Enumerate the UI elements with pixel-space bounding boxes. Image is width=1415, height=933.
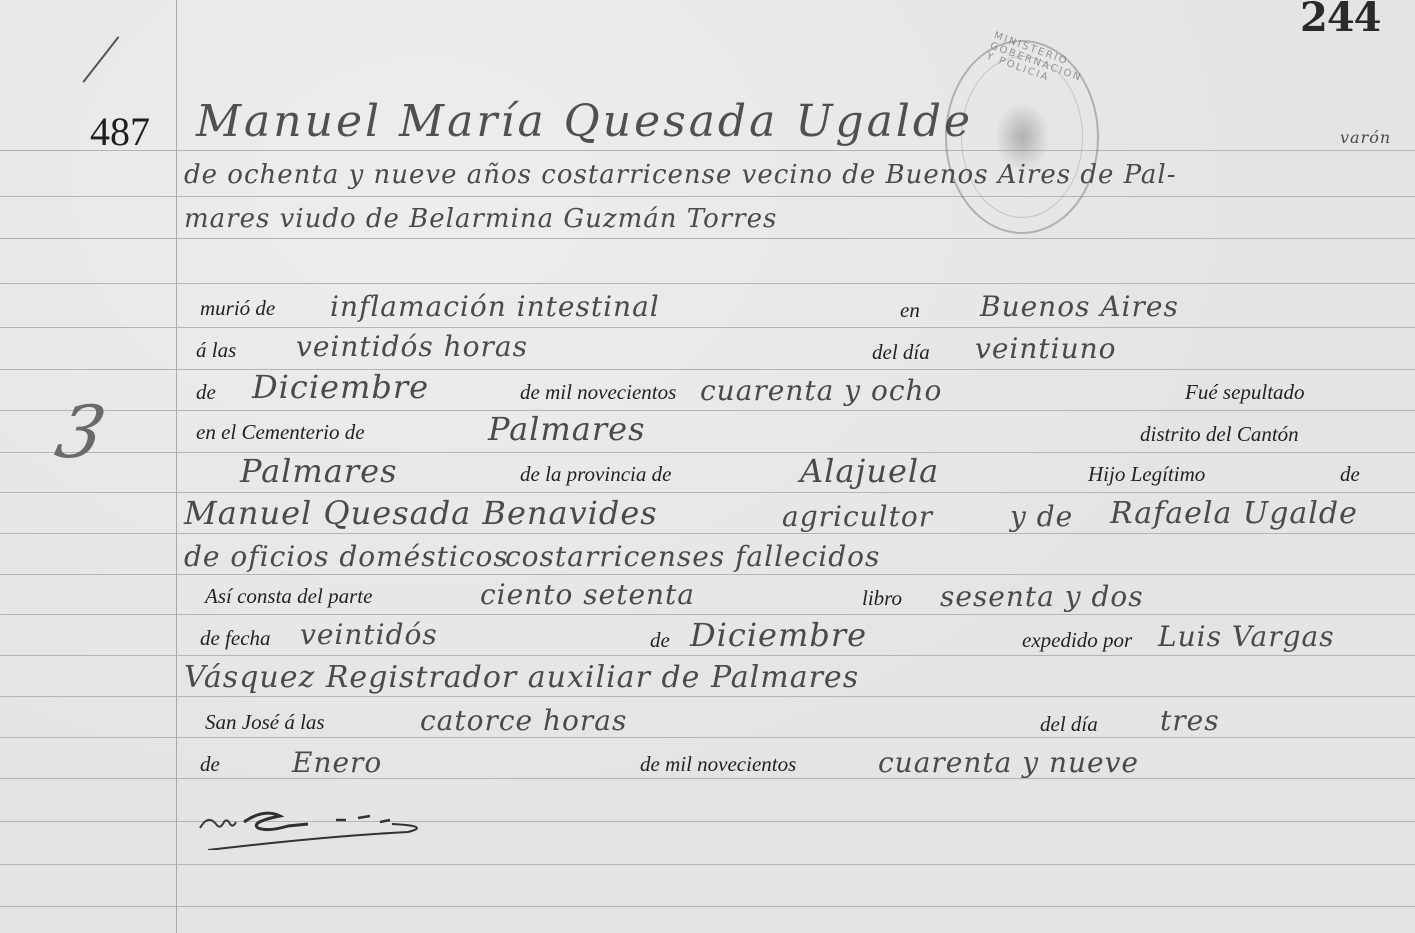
ruled-line — [0, 452, 1415, 453]
death-day: veintiuno — [975, 332, 1117, 365]
mother-occupation: de oficios domésticos — [184, 540, 509, 573]
label-de-fecha-month: de — [650, 628, 670, 653]
registration-hour: catorce horas — [420, 704, 627, 737]
libro-number: sesenta y dos — [940, 580, 1144, 613]
ruled-line — [0, 369, 1415, 370]
label-de-month: de — [196, 380, 216, 405]
mother-name: Rafaela Ugalde — [1110, 496, 1358, 531]
label-a-las: á las — [196, 338, 236, 363]
deceased-name: Manuel María Quesada Ugalde — [196, 96, 973, 147]
margin-annotation: 3 — [49, 390, 113, 474]
cemetery-name: Palmares — [488, 410, 645, 448]
father-name: Manuel Quesada Benavides — [184, 494, 658, 532]
ruled-line — [0, 655, 1415, 656]
label-murio: murió de — [200, 296, 275, 321]
death-year: cuarenta y ocho — [700, 374, 942, 407]
province-name: Alajuela — [800, 452, 939, 490]
parents-conjunction: y de — [1010, 500, 1073, 533]
canton-name: Palmares — [240, 452, 397, 490]
label-del-dia: del día — [872, 340, 930, 365]
label-de-parents: de — [1340, 462, 1360, 487]
ruled-line — [0, 492, 1415, 493]
death-month: Diciembre — [252, 368, 429, 406]
issuer-rest: Vásquez Registrador auxiliar de Palmares — [184, 660, 859, 695]
ruled-line — [0, 283, 1415, 284]
ruled-line — [0, 696, 1415, 697]
deceased-details-line2: de ochenta y nueve años costarricense ve… — [184, 160, 1177, 190]
ruled-line — [0, 614, 1415, 615]
ruled-line — [0, 906, 1415, 907]
ruled-line — [0, 238, 1415, 239]
label-libro: libro — [862, 586, 902, 611]
death-hour: veintidós horas — [296, 330, 528, 363]
label-provincia: de la provincia de — [520, 462, 671, 487]
deceased-sex: varón — [1340, 128, 1391, 147]
ruled-line — [0, 327, 1415, 328]
label-consta: Así consta del parte — [205, 584, 372, 609]
margin-line — [176, 0, 177, 933]
father-occupation: agricultor — [782, 500, 933, 533]
death-cause: inflamación intestinal — [330, 290, 660, 323]
ruled-line — [0, 150, 1415, 151]
fecha-day: veintidós — [300, 618, 438, 651]
issuer-first: Luis Vargas — [1158, 620, 1335, 653]
ruled-line — [0, 864, 1415, 865]
label-en: en — [900, 298, 920, 323]
label-hijo-legitimo: Hijo Legítimo — [1088, 462, 1205, 487]
parents-status: costarricenses fallecidos — [505, 540, 880, 573]
label-expedido: expedido por — [1022, 628, 1132, 653]
label-registration-de: de — [200, 752, 220, 777]
registration-month: Enero — [292, 746, 382, 779]
ruled-line — [0, 778, 1415, 779]
fecha-month: Diciembre — [690, 616, 867, 654]
label-sepultado: Fué sepultado — [1185, 380, 1305, 405]
label-de-mil: de mil novecientos — [520, 380, 676, 405]
register-page: 244 487 3 MINISTERIO GOBERNACION Y POLIC… — [0, 0, 1415, 933]
ruled-line — [0, 574, 1415, 575]
ruled-line — [0, 533, 1415, 534]
label-cementerio: en el Cementerio de — [196, 420, 365, 445]
label-registration-place: San José á las — [205, 710, 325, 735]
ruled-line — [0, 196, 1415, 197]
parte-number: ciento setenta — [480, 578, 695, 611]
registrar-signature — [196, 800, 516, 850]
entry-number: 487 — [90, 108, 150, 155]
label-fecha: de fecha — [200, 626, 271, 651]
death-place: Buenos Aires — [980, 290, 1179, 323]
margin-check-mark — [82, 36, 119, 83]
label-distrito: distrito del Cantón — [1140, 422, 1299, 447]
label-registration-de-mil: de mil novecientos — [640, 752, 796, 777]
ruled-line — [0, 410, 1415, 411]
label-registration-del-dia: del día — [1040, 712, 1098, 737]
page-number: 244 — [1300, 0, 1381, 41]
ruled-line — [0, 737, 1415, 738]
deceased-details-line3: mares viudo de Belarmina Guzmán Torres — [184, 204, 777, 234]
registration-year: cuarenta y nueve — [878, 746, 1139, 779]
registration-day: tres — [1160, 704, 1220, 737]
